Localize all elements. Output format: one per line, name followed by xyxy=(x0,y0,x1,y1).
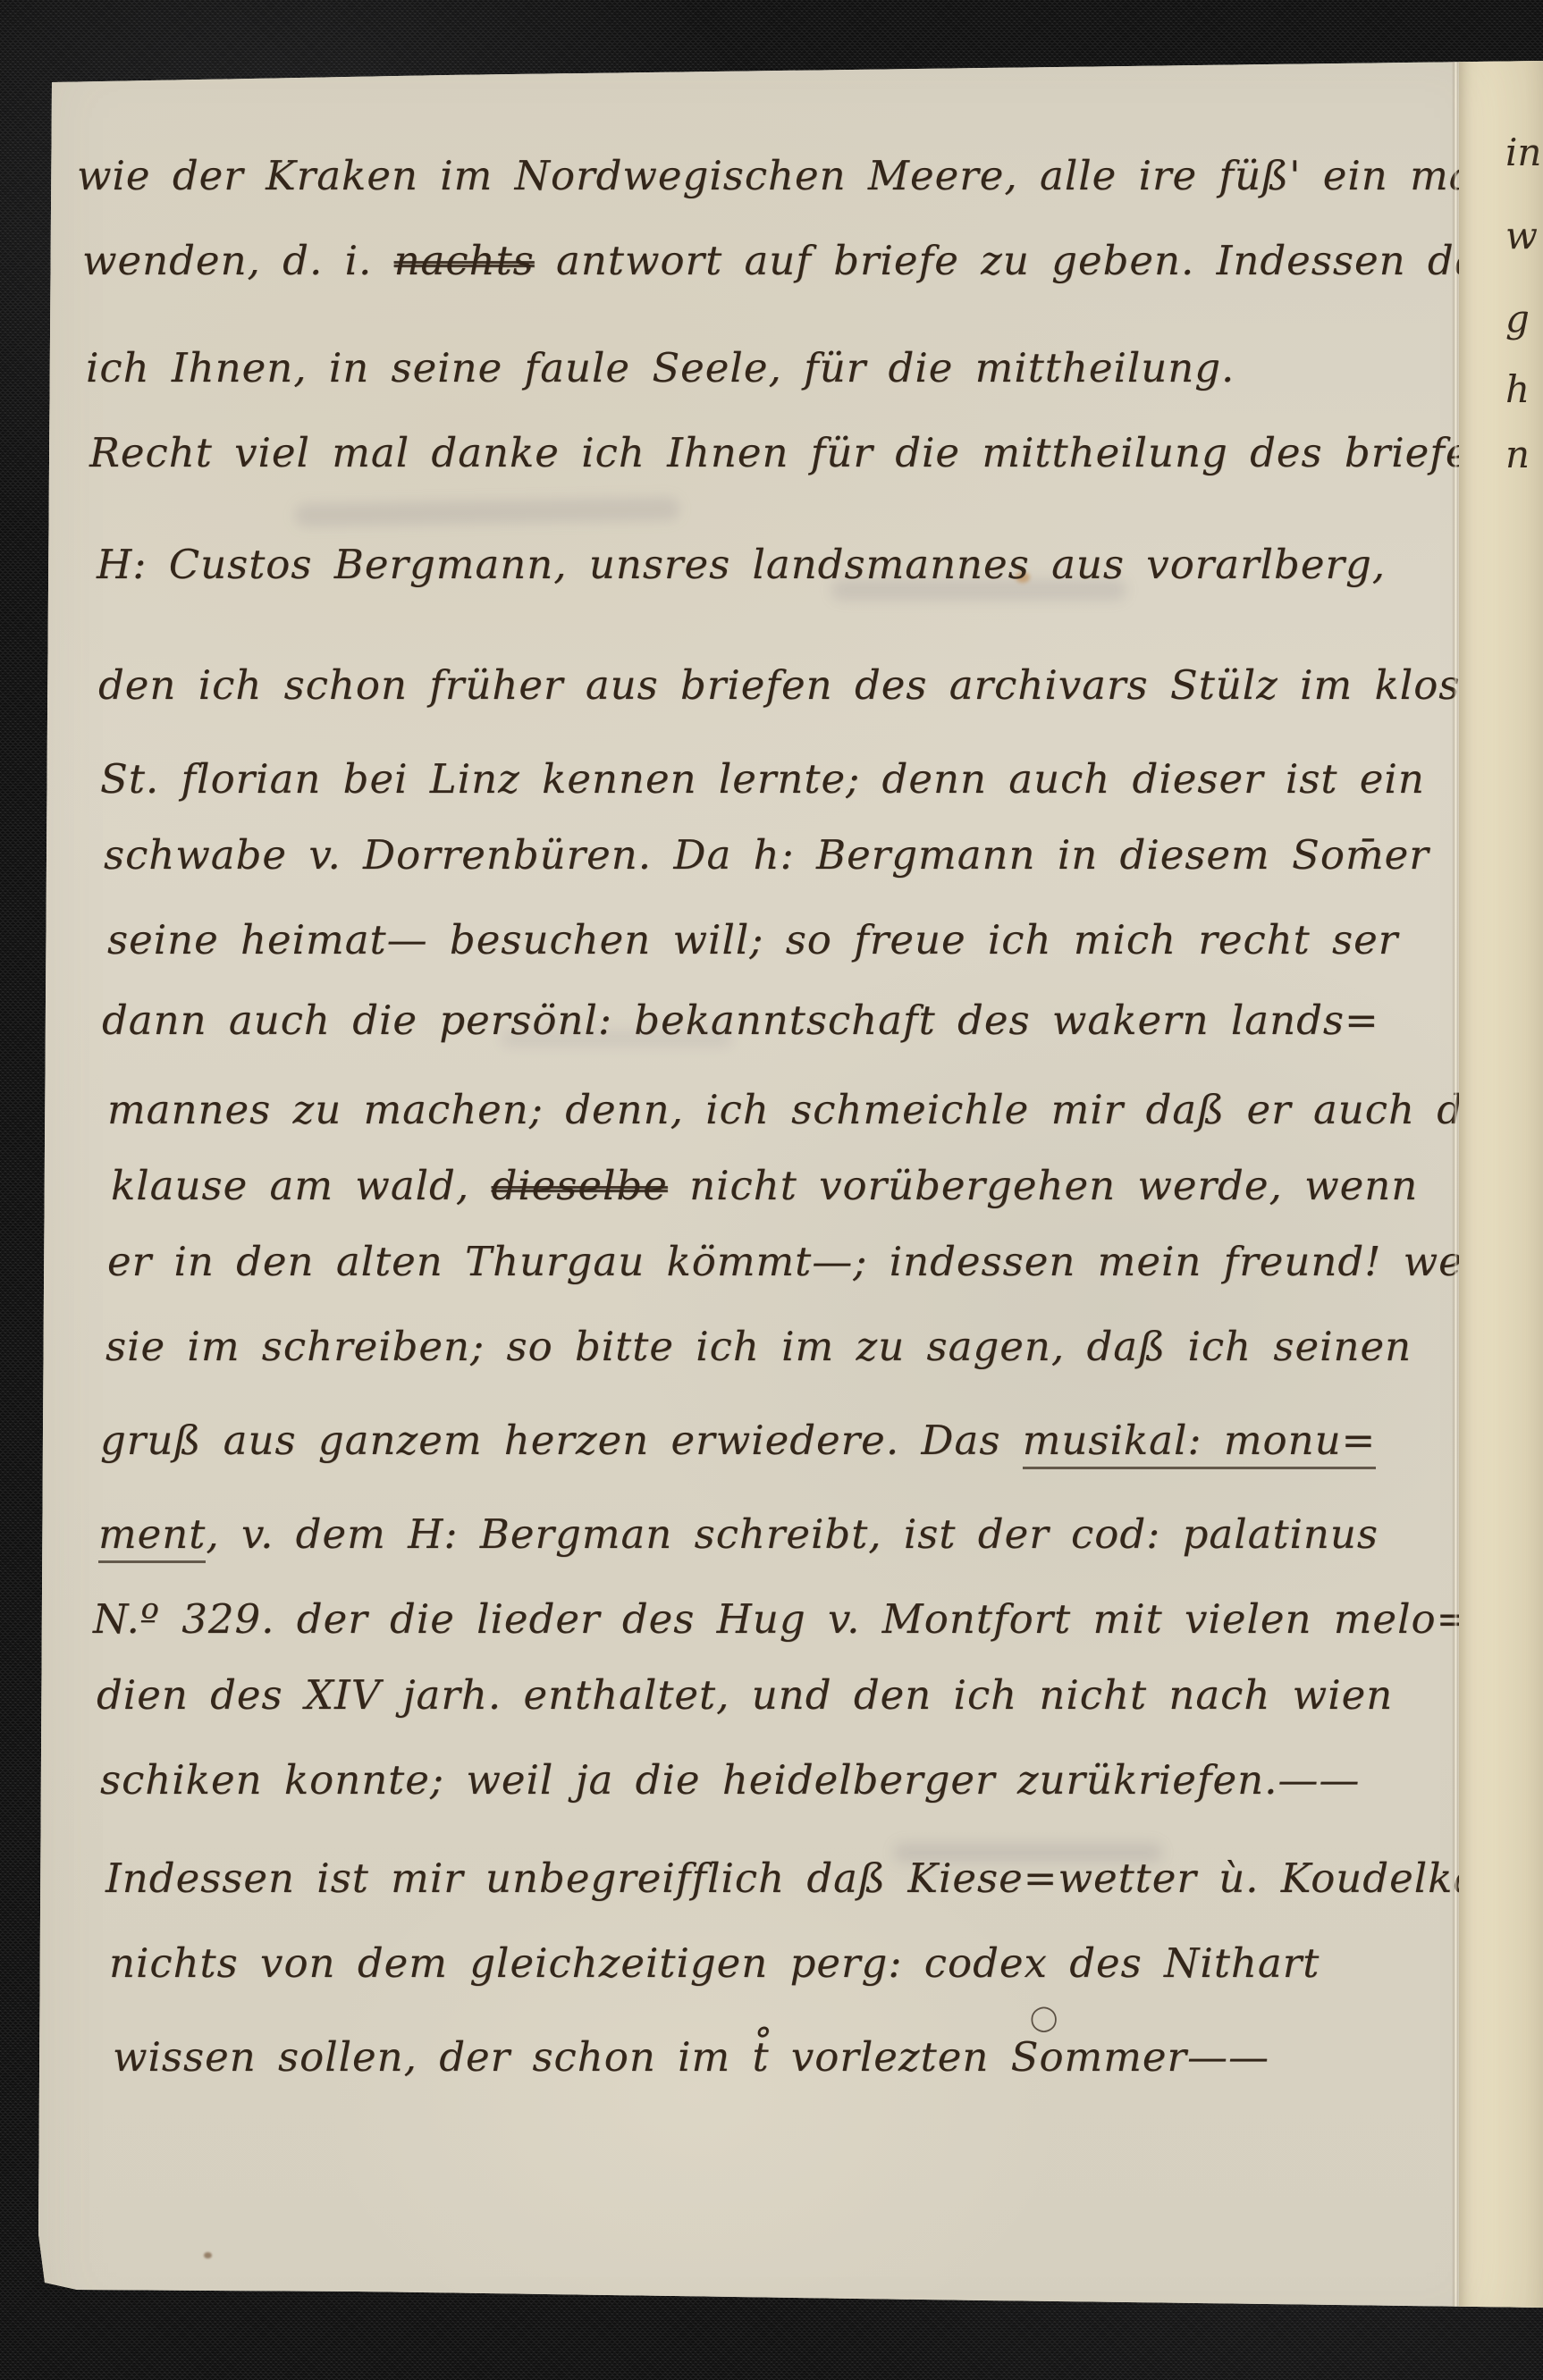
struck-word: dieselbe xyxy=(491,1162,667,1209)
letter-line-19: schiken konnte; weil ja die heidelberger… xyxy=(100,1758,1360,1803)
letter-text: wie der Kraken im Nordwegischen Meere, a… xyxy=(0,0,1543,2380)
letter-line-10: dann auch die persönl: bekanntschaft des… xyxy=(102,998,1379,1043)
letter-line-4: Recht viel mal danke ich Ihnen für die m… xyxy=(89,431,1543,475)
fold-crease xyxy=(1452,0,1459,2380)
edge-text-fragment: in xyxy=(1505,134,1541,172)
letter-line-15: gruß aus ganzem herzen erwiedere. Das mu… xyxy=(100,1418,1376,1463)
letter-line-13: er in den alten Thurgau kömmt—; indessen… xyxy=(107,1240,1517,1284)
insertion-mark: ◯ xyxy=(1030,2006,1058,2031)
letter-line-18: dien des XIV jarh. enthaltet, und den ic… xyxy=(97,1673,1393,1718)
letter-line-12: klause am wald, dieselbe nicht vorüberge… xyxy=(111,1164,1418,1208)
edge-text-fragment: n xyxy=(1505,436,1530,474)
letter-line-1: wie der Kraken im Nordwegischen Meere, a… xyxy=(77,154,1543,198)
underlined-phrase: musikal: monu= xyxy=(1023,1417,1377,1469)
letter-line-11: mannes zu machen; denn, ich schmeichle m… xyxy=(107,1088,1502,1132)
edge-text-fragment: w xyxy=(1505,217,1538,255)
letter-line-16: ment, v. dem H: Bergman schreibt, ist de… xyxy=(98,1512,1379,1557)
scan-background: wie der Kraken im Nordwegischen Meere, a… xyxy=(0,0,1543,2380)
adjacent-page-edge: in w g h n xyxy=(1459,0,1543,2380)
edge-text-fragment: h xyxy=(1505,371,1530,408)
struck-word: nachts xyxy=(394,237,535,284)
letter-line-7: St. florian bei Linz kennen lernte; denn… xyxy=(100,757,1425,802)
letter-line-20: Indessen ist mir unbegreifflich daß Kies… xyxy=(105,1856,1478,1901)
letter-line-3: ich Ihnen, in seine faule Seele, für die… xyxy=(86,346,1235,391)
letter-line-17: N.º 329. der die lieder des Hug v. Montf… xyxy=(93,1597,1471,1642)
edge-text-fragment: g xyxy=(1505,300,1530,338)
underlined-phrase: ment xyxy=(98,1510,206,1563)
letter-line-14: sie im schreiben; so bitte ich im zu sag… xyxy=(105,1325,1412,1369)
letter-line-2: wenden, d. i. nachts antwort auf briefe … xyxy=(82,239,1543,283)
letter-line-6: den ich schon früher aus briefen des arc… xyxy=(98,663,1522,708)
letter-line-21: nichts von dem gleichzeitigen perg: code… xyxy=(109,1941,1320,1986)
letter-line-5: H: Custos Bergmann, unsres landsmannes a… xyxy=(97,542,1386,587)
letter-line-22: wissen sollen, der schon im t̊ vorlezten… xyxy=(113,2035,1269,2080)
letter-page: wie der Kraken im Nordwegischen Meere, a… xyxy=(0,0,1543,2380)
letter-line-9: seine heimat— besuchen will; so freue ic… xyxy=(107,918,1398,963)
letter-line-8: schwabe v. Dorrenbüren. Da h: Bergmann i… xyxy=(104,833,1429,878)
